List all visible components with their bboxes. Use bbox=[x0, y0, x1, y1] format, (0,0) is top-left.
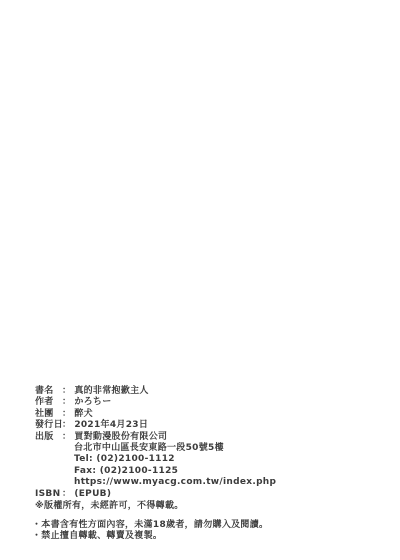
colophon-block: 書名 ： 真的非常抱歉主人 作者 ： かろちー 社團 ： 醉犬 發行日 ： 20… bbox=[35, 386, 375, 543]
copyright-note: ※版權所有，未經許可，不得轉載。 bbox=[35, 501, 375, 512]
publisher-label: 出版 bbox=[35, 432, 62, 443]
release-date-value: 2021年4月23日 bbox=[74, 420, 148, 431]
release-date-label: 發行日 bbox=[35, 420, 62, 431]
publisher-address: 台北市中山區長安東路一段50號5樓 bbox=[74, 443, 375, 454]
publisher-tel: Tel: (02)2100-1112 bbox=[74, 454, 375, 465]
circle-row: 社團 ： 醉犬 bbox=[35, 409, 375, 420]
isbn-value: (EPUB) bbox=[74, 489, 111, 500]
colon-separator: ： bbox=[62, 489, 71, 500]
release-date-row: 發行日 ： 2021年4月23日 bbox=[35, 420, 375, 431]
book-title-label: 書名 bbox=[35, 386, 62, 397]
colon-separator: ： bbox=[62, 432, 71, 443]
circle-label: 社團 bbox=[35, 409, 62, 420]
warning-notices: ・本書含有性方面內容，未滿18歲者，請勿購入及閱讀。 ・禁止擅自轉載、轉賣及複製… bbox=[32, 520, 375, 543]
publisher-fax: Fax: (02)2100-1125 bbox=[74, 466, 375, 477]
publisher-row: 出版 ： 買對動漫股份有限公司 bbox=[35, 432, 375, 443]
book-title-value: 真的非常抱歉主人 bbox=[74, 386, 148, 397]
colon-separator: ： bbox=[62, 420, 71, 431]
publisher-name: 買對動漫股份有限公司 bbox=[74, 432, 167, 443]
isbn-label: ISBN bbox=[35, 489, 62, 500]
author-label: 作者 bbox=[35, 397, 62, 408]
colon-separator: ： bbox=[62, 397, 71, 408]
colon-separator: ： bbox=[62, 386, 71, 397]
colon-separator: ： bbox=[62, 409, 71, 420]
isbn-row: ISBN ： (EPUB) bbox=[35, 489, 375, 500]
author-value: かろちー bbox=[74, 397, 111, 408]
ebook-colophon-page: 書名 ： 真的非常抱歉主人 作者 ： かろちー 社團 ： 醉犬 發行日 ： 20… bbox=[0, 0, 400, 560]
publisher-url: https://www.myacg.com.tw/index.php bbox=[74, 477, 375, 488]
author-row: 作者 ： かろちー bbox=[35, 397, 375, 408]
no-reproduction-notice: ・禁止擅自轉載、轉賣及複製。 bbox=[32, 531, 375, 542]
circle-value: 醉犬 bbox=[74, 409, 93, 420]
book-title-row: 書名 ： 真的非常抱歉主人 bbox=[35, 386, 375, 397]
adult-content-notice: ・本書含有性方面內容，未滿18歲者，請勿購入及閱讀。 bbox=[32, 520, 375, 531]
